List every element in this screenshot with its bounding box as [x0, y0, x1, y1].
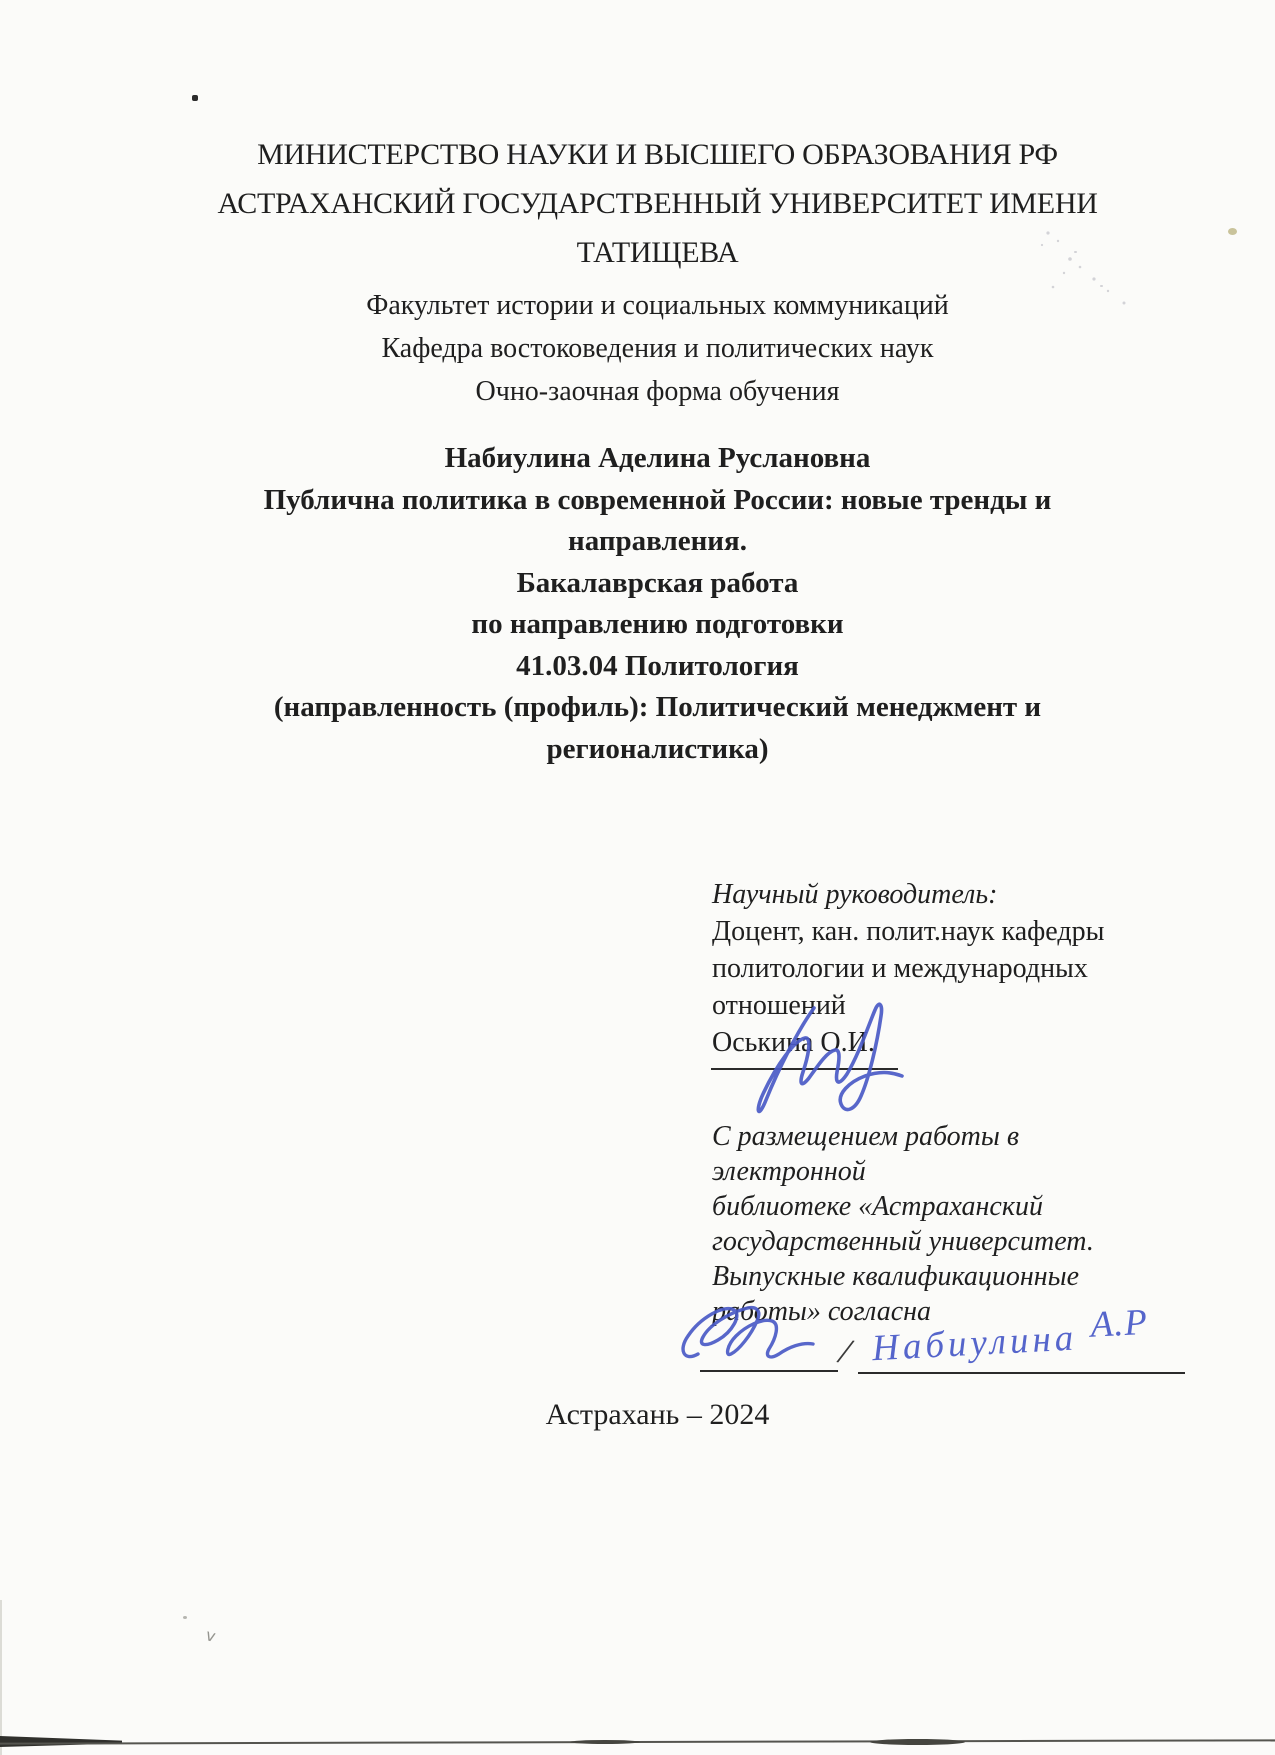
- program-intro-line: по направлению подготовки: [20, 604, 1275, 646]
- consent-line-3: библиотеке «Астраханский: [712, 1189, 1232, 1224]
- city-year-footer: Астрахань – 2024: [20, 1398, 1275, 1432]
- ministry-line: МИНИСТЕРСТВО НАУКИ И ВЫСШЕГО ОБРАЗОВАНИЯ…: [20, 130, 1275, 179]
- supervisor-position-line-2: политологии и международных: [712, 950, 1232, 987]
- handwritten-initials: А.Р: [1089, 1302, 1149, 1346]
- profile-line-1: (направленность (профиль): Политический …: [20, 687, 1275, 729]
- consent-line-4: государственный университет.: [712, 1224, 1232, 1259]
- scan-edge-left: [0, 1600, 2, 1755]
- handwritten-surname: Набиулина: [871, 1318, 1078, 1370]
- student-signature-scribble: [676, 1296, 831, 1386]
- consent-line-5: Выпускные квалификационные: [712, 1259, 1232, 1294]
- consent-line-1: С размещением работы в: [712, 1119, 1232, 1154]
- consent-line-2: электронной: [712, 1154, 1232, 1189]
- scan-speck: [192, 95, 198, 101]
- scanned-thesis-title-page: МИНИСТЕРСТВО НАУКИ И ВЫСШЕГО ОБРАЗОВАНИЯ…: [0, 0, 1275, 1755]
- scan-edge-bump: [570, 1740, 640, 1744]
- thesis-title-block: Набиулина Аделина Руслановна Публична по…: [20, 438, 1275, 770]
- university-header: МИНИСТЕРСТВО НАУКИ И ВЫСШЕГО ОБРАЗОВАНИЯ…: [20, 130, 1275, 277]
- thesis-title-line-2: направления.: [20, 521, 1275, 563]
- pencil-mark: v: [204, 1625, 218, 1646]
- signature-separator: /: [836, 1329, 853, 1372]
- faculty-line: Факультет истории и социальных коммуника…: [20, 284, 1275, 327]
- thesis-title-line-1: Публична политика в современной России: …: [20, 480, 1275, 522]
- city-year-text: Астрахань – 2024: [546, 1398, 770, 1431]
- supervisor-label: Научный руководитель:: [712, 876, 1232, 913]
- student-name-line: [858, 1372, 1185, 1374]
- supervisor-position-line-1: Доцент, кан. полит.наук кафедры: [712, 913, 1232, 950]
- work-type-line: Бакалаврская работа: [20, 563, 1275, 605]
- program-code-line: 41.03.04 Политология: [20, 646, 1275, 688]
- department-line: Кафедра востоковедения и политических на…: [20, 327, 1275, 370]
- author-name: Набиулина Аделина Руслановна: [20, 438, 1275, 480]
- profile-line-2: регионалистика): [20, 729, 1275, 771]
- study-form-line: Очно-заочная форма обучения: [20, 370, 1275, 413]
- university-name-line-1: АСТРАХАНСКИЙ ГОСУДАРСТВЕННЫЙ УНИВЕРСИТЕТ…: [20, 179, 1275, 228]
- faculty-block: Факультет истории и социальных коммуника…: [20, 284, 1275, 413]
- supervisor-signature-scribble: [726, 998, 926, 1123]
- scan-edge-bump: [870, 1739, 965, 1745]
- university-name-line-2: ТАТИЩЕВА: [20, 228, 1275, 277]
- scan-speck: [183, 1616, 187, 1619]
- student-signature-line: [700, 1370, 838, 1372]
